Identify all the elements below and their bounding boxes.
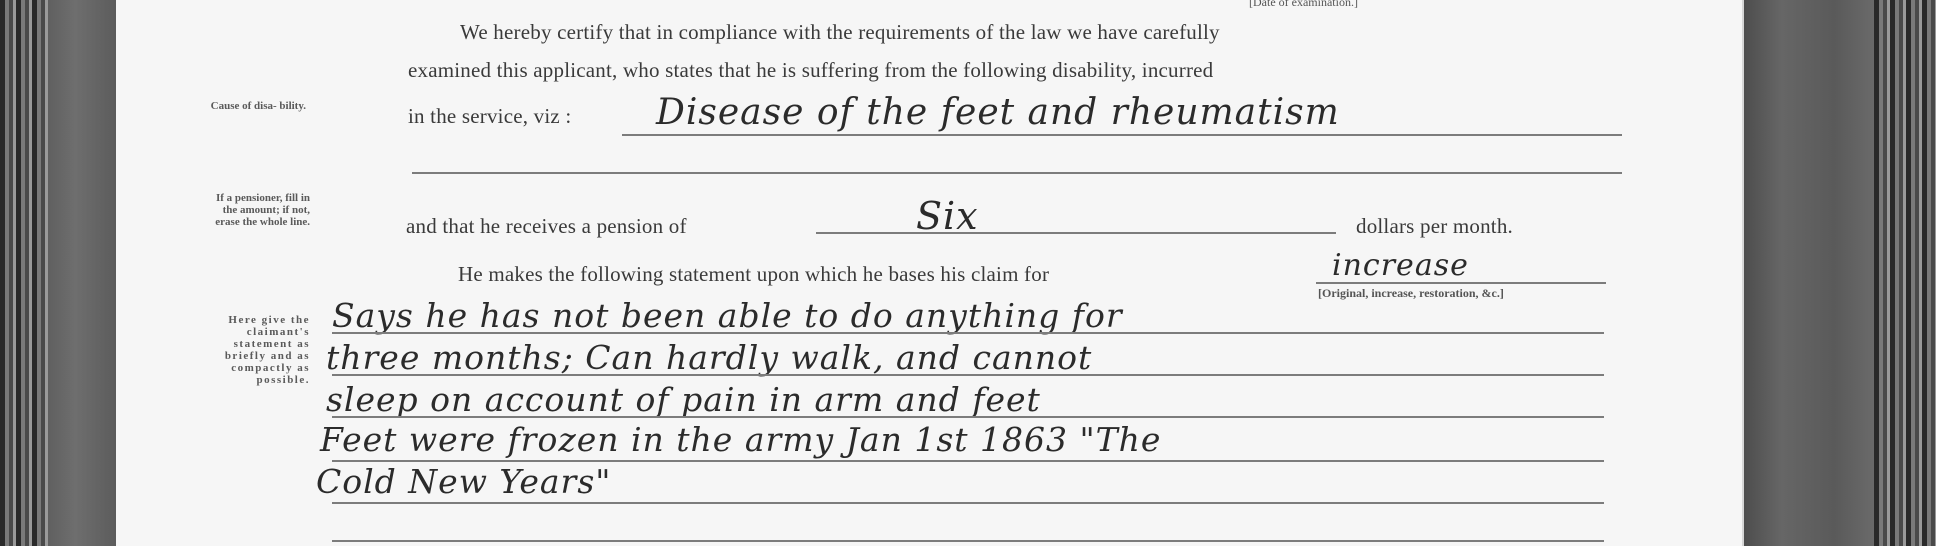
pension-suffix: dollars per month. [1356,214,1513,239]
statement-intro: He makes the following statement upon wh… [458,262,1049,287]
binder-edge-right [1742,0,1874,546]
statement-rule-1 [332,332,1604,334]
carpet-background-right [1874,0,1936,546]
disability-line [622,134,1622,136]
statement-rule-5 [332,502,1604,504]
disability-line-2 [412,172,1622,174]
statement-rule-6 [332,540,1604,542]
claim-type-line [1316,282,1606,284]
binder-edge-left [48,0,116,546]
margin-note-cause: Cause of disa- bility. [206,100,306,112]
certify-line-1: We hereby certify that in compliance wit… [460,20,1220,45]
disability-handwritten: Disease of the feet and rheumatism [656,92,1340,133]
statement-rule-2 [332,374,1604,376]
statement-line-3: sleep on account of pain in arm and feet [326,380,1041,419]
statement-rule-3 [332,416,1604,418]
carpet-background-left [0,0,48,546]
margin-note-pensioner: If a pensioner, fill in the amount; if n… [200,192,310,228]
pension-amount-line [816,232,1336,234]
claim-type-caption: [Original, increase, restoration, &c.] [1318,286,1504,301]
certify-line-2: examined this applicant, who states that… [408,58,1213,83]
statement-line-2: three months; Can hardly walk, and canno… [326,338,1092,377]
statement-line-1: Says he has not been able to do anything… [332,296,1123,335]
statement-line-4: Feet were frozen in the army Jan 1st 186… [320,420,1161,459]
date-of-examination-caption: [Date of examination.] [1249,0,1358,10]
margin-note-statement: Here give the claimant's statement as br… [208,314,310,386]
pension-label: and that he receives a pension of [406,214,687,239]
statement-line-5: Cold New Years" [316,462,611,501]
document-page: [Date of examination.] We hereby certify… [116,0,1744,546]
service-label: in the service, viz : [408,104,571,129]
claim-type-handwritten: increase [1332,248,1469,283]
